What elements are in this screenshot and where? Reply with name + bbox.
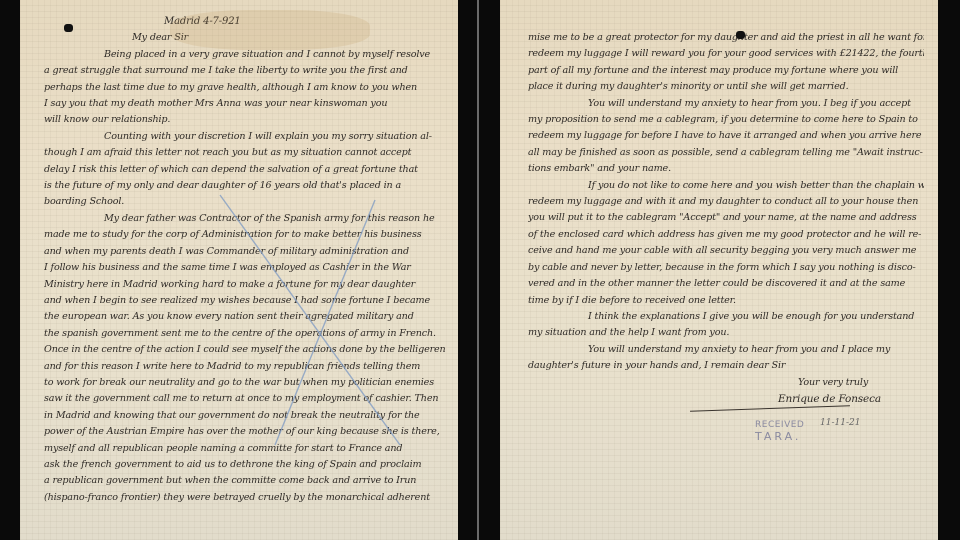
letter-line: part of all my fortune and the interest … [528,63,924,79]
letter-line: mise me to be a great protector for my d… [528,30,924,46]
letter-line: delay I risk this letter of which can de… [44,162,446,178]
letter-line: a great struggle that surround me I take… [44,63,446,79]
letter-line: redeem my luggage I will reward you for … [528,46,924,62]
letter-line: my proposition to send me a cablegram, i… [528,112,924,128]
letter-line: I think the explanations I give you will… [528,309,924,325]
letter-line: If you do not like to come here and you … [528,178,924,194]
letter-line: daughter's future in your hands and, I r… [528,358,924,374]
blue-pencil-cross-mark [215,190,405,450]
letter-line: tions embark" and your name. [528,161,924,177]
letter-line: all may be finished as soon as possible,… [528,145,924,161]
letter-line: place it during my daughter's minority o… [528,79,924,95]
letter-line: ceive and hand me your cable with all se… [528,243,924,259]
closing: Your very truly [528,375,924,391]
letter-line: my situation and the help I want from yo… [528,325,924,341]
letter-line: Counting with your discretion I will exp… [44,129,446,145]
letter-line: You will understand my anxiety to hear f… [528,96,924,112]
page-divider [477,0,479,540]
paper-stain [170,10,370,50]
letter-line: vered and in the other manner the letter… [528,276,924,292]
letter-line: ask the french government to aid us to d… [44,457,446,473]
punch-hole [64,24,73,32]
letter-line: will know our relationship. [44,112,446,128]
letter-line: though I am afraid this letter not reach… [44,145,446,161]
letter-line: of the enclosed card which address has g… [528,227,924,243]
letter-line: time by if I die before to received one … [528,293,924,309]
stamp-label: RECEIVED [755,420,804,430]
letter-page-left: Madrid 4-7-921 My dear Sir Being placed … [20,0,458,540]
letter-page-right: mise me to be a great protector for my d… [500,0,938,540]
letter-line: a republican government but when the com… [44,473,446,489]
punch-hole [736,31,745,39]
letter-line: (hispano-franco frontier) they were betr… [44,490,446,506]
letter-line: you will put it to the cablegram "Accept… [528,210,924,226]
signature: Enrique de Fonseca [528,391,924,407]
letter-line: perhaps the last time due to my grave he… [44,80,446,96]
letter-line: I say you that my death mother Mrs Anna … [44,96,446,112]
letter-line: redeem my luggage for before I have to h… [528,128,924,144]
letter-line: You will understand my anxiety to hear f… [528,342,924,358]
stamp-date: 11-11-21 [820,418,860,428]
stamp-office: TARA. [755,430,804,443]
letter-line: redeem my luggage and with it and my dau… [528,194,924,210]
letter-line: by cable and never by letter, because in… [528,260,924,276]
received-stamp: RECEIVED TARA. [755,420,804,443]
